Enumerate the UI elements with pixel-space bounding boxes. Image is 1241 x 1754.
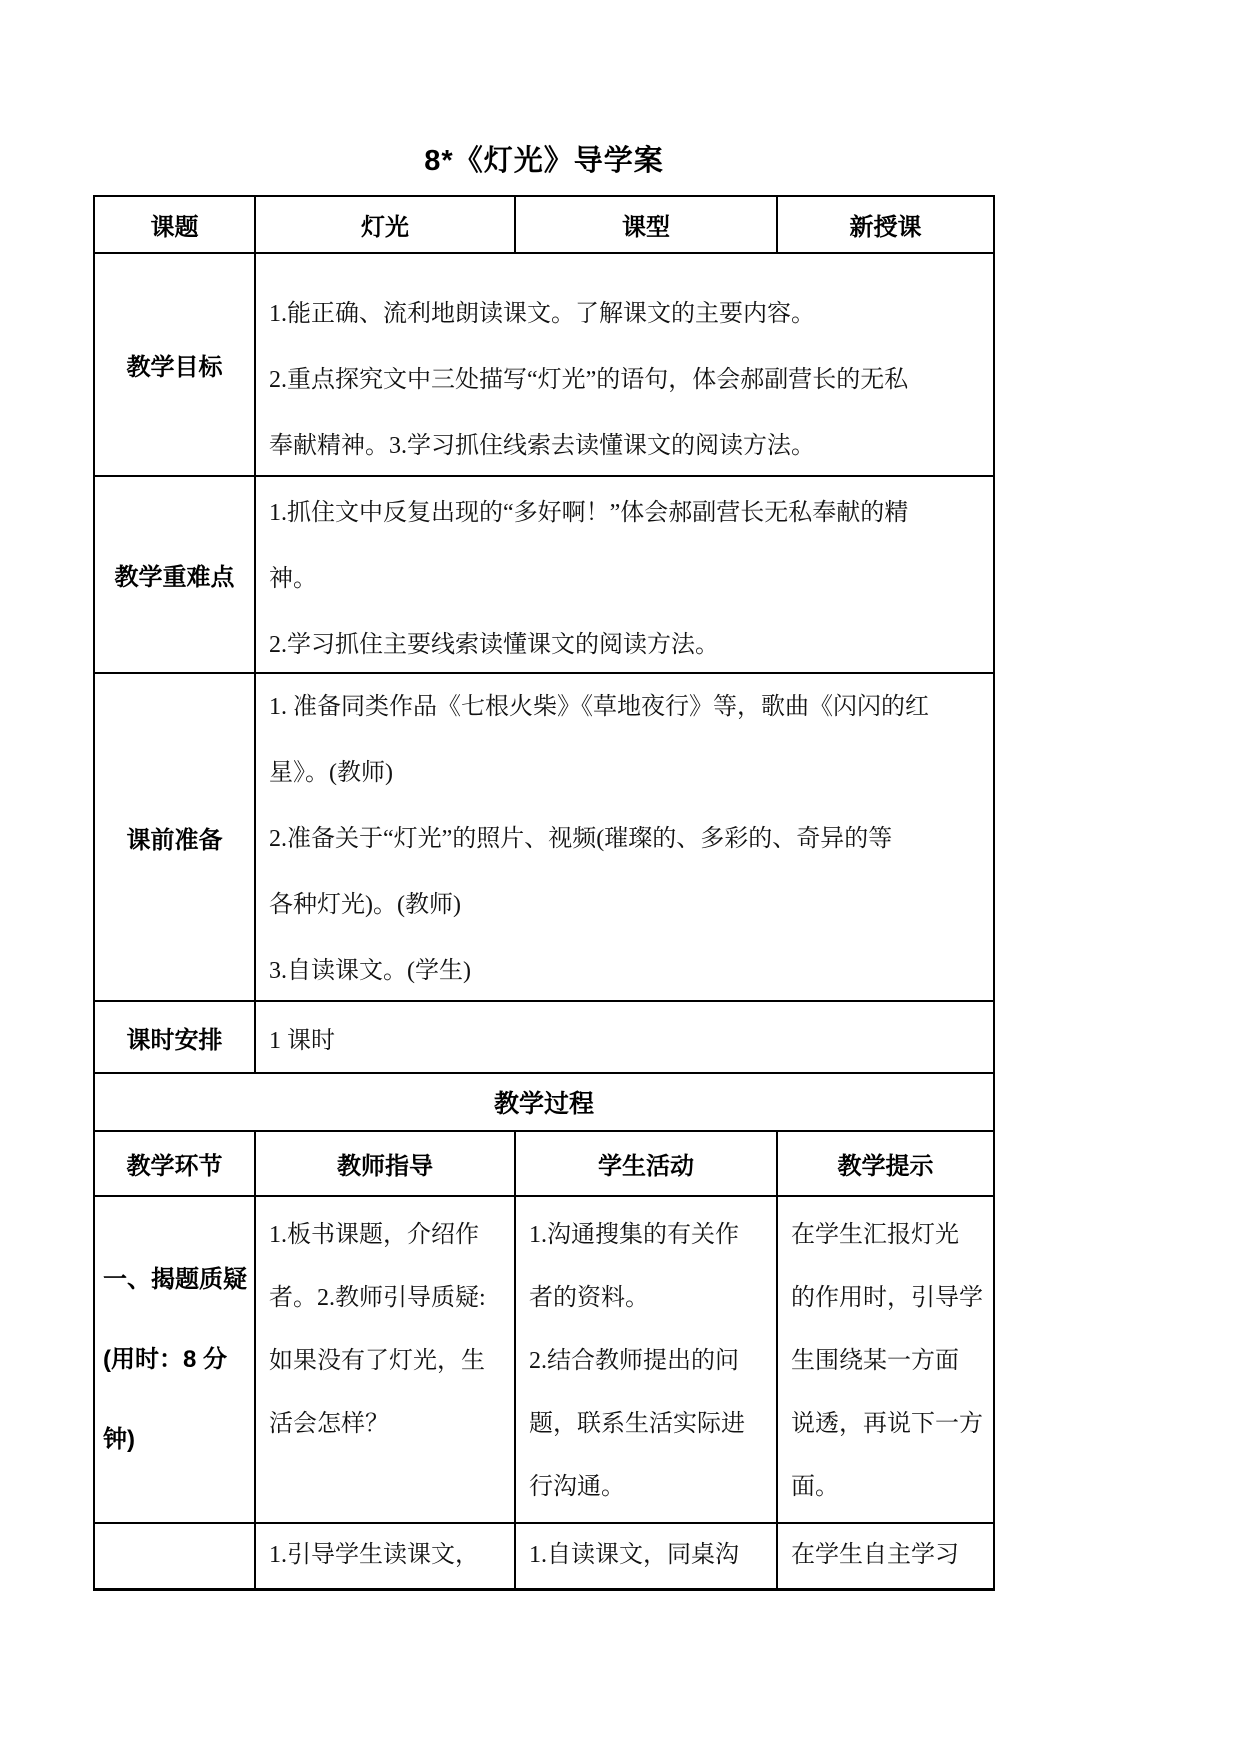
course-type-value-cell: 新授课	[778, 197, 993, 254]
schedule-label: 课时安排	[95, 1002, 256, 1074]
text-line: 1.能正确、流利地朗读课文。了解课文的主要内容。	[269, 281, 985, 347]
text-line: 钟)	[103, 1400, 135, 1480]
text-line: 1 课时	[269, 1020, 985, 1055]
lesson-plan-table: 课题 灯光 课型 新授课 教学目标 1.能正确、流利地朗读课文。了解课文的主要内…	[93, 195, 995, 1591]
document-page: 8*《灯光》导学案 课题 灯光 课型 新授课 教学目标 1.能正确、流利地朗读课…	[0, 0, 1241, 1754]
text-line: 在学生汇报灯光	[791, 1204, 985, 1267]
text-line: (用时：8 分	[103, 1320, 227, 1400]
key-points-row: 教学重难点 1.抓住文中反复出现的“多好啊！”体会郝副营长无私奉献的精 神。 2…	[95, 477, 993, 674]
schedule-row: 课时安排 1 课时	[95, 1002, 993, 1074]
teaching-tips-cell: 在学生自主学习	[778, 1524, 993, 1588]
text-line: 1.自读课文，同桌沟	[529, 1524, 768, 1587]
topic-value-cell: 灯光	[256, 197, 516, 254]
course-type-label-cell: 课型	[516, 197, 778, 254]
text-line: 2.结合教师提出的问	[529, 1330, 768, 1393]
text-line: 星》。(教师)	[269, 740, 985, 806]
topic-row: 课题 灯光 课型 新授课	[95, 197, 993, 254]
stage-cell	[95, 1524, 256, 1588]
teacher-guidance-cell: 1.引导学生读课文，	[256, 1524, 516, 1588]
text-line: 题，联系生活实际进	[529, 1393, 768, 1456]
key-points-content: 1.抓住文中反复出现的“多好啊！”体会郝副营长无私奉献的精 神。 2.学习抓住主…	[256, 477, 993, 674]
text-line: 在学生自主学习	[791, 1524, 985, 1587]
text-line: 奉献精神。3.学习抓住线索去读懂课文的阅读方法。	[269, 413, 985, 477]
text-line: 说透，再说下一方	[791, 1393, 985, 1456]
text-line: 1.板书课题，介绍作	[269, 1204, 506, 1267]
teacher-guidance-cell: 1.板书课题，介绍作 者。2.教师引导质疑: 如果没有了灯光，生 活会怎样？	[256, 1197, 516, 1524]
schedule-content: 1 课时	[256, 1002, 993, 1074]
teaching-goals-row: 教学目标 1.能正确、流利地朗读课文。了解课文的主要内容。 2.重点探究文中三处…	[95, 254, 993, 477]
text-line: 各种灯光)。(教师)	[269, 872, 985, 938]
text-line: 3.自读课文。(学生)	[269, 938, 985, 1002]
student-header-cell: 学生活动	[516, 1132, 778, 1197]
preparation-content: 1. 准备同类作品《七根火柴》《草地夜行》等，歌曲《闪闪的红 星》。(教师) 2…	[256, 674, 993, 1002]
teaching-tips-cell: 在学生汇报灯光 的作用时，引导学 生围绕某一方面 说透，再说下一方 面。	[778, 1197, 993, 1524]
text-line: 1.沟通搜集的有关作	[529, 1204, 768, 1267]
text-line: 生围绕某一方面	[791, 1330, 985, 1393]
teaching-goals-content: 1.能正确、流利地朗读课文。了解课文的主要内容。 2.重点探究文中三处描写“灯光…	[256, 254, 993, 477]
process-banner-row: 教学过程	[95, 1074, 993, 1132]
process-header-row: 教学环节 教师指导 学生活动 教学提示	[95, 1132, 993, 1197]
process-row-2: 1.引导学生读课文， 1.自读课文，同桌沟 在学生自主学习	[95, 1524, 993, 1588]
text-line: 2.学习抓住主要线索读懂课文的阅读方法。	[269, 612, 985, 674]
text-line: 者。2.教师引导质疑:	[269, 1267, 506, 1330]
student-activity-cell: 1.自读课文，同桌沟	[516, 1524, 778, 1588]
text-line: 行沟通。	[529, 1456, 768, 1519]
process-banner: 教学过程	[95, 1074, 993, 1132]
text-line: 如果没有了灯光，生	[269, 1330, 506, 1393]
preparation-label: 课前准备	[95, 674, 256, 1002]
text-line: 者的资料。	[529, 1267, 768, 1330]
text-line: 的作用时，引导学	[791, 1267, 985, 1330]
page-title: 8*《灯光》导学案	[93, 138, 995, 179]
text-line: 2.准备关于“灯光”的照片、视频(璀璨的、多彩的、奇异的等	[269, 806, 985, 872]
text-line: 1.抓住文中反复出现的“多好啊！”体会郝副营长无私奉献的精	[269, 480, 985, 546]
text-line: 2.重点探究文中三处描写“灯光”的语句，体会郝副营长的无私	[269, 347, 985, 413]
process-row-1: 一、揭题质疑 (用时：8 分 钟) 1.板书课题，介绍作 者。2.教师引导质疑:…	[95, 1197, 993, 1524]
text-line: 一、揭题质疑	[103, 1240, 247, 1320]
text-line: 面。	[791, 1456, 985, 1519]
text-line: 活会怎样？	[269, 1393, 506, 1456]
text-line: 神。	[269, 546, 985, 612]
text-line: 1.引导学生读课文，	[269, 1524, 506, 1587]
key-points-label: 教学重难点	[95, 477, 256, 674]
text-line: 1. 准备同类作品《七根火柴》《草地夜行》等，歌曲《闪闪的红	[269, 674, 985, 740]
student-activity-cell: 1.沟通搜集的有关作 者的资料。 2.结合教师提出的问 题，联系生活实际进 行沟…	[516, 1197, 778, 1524]
topic-label-cell: 课题	[95, 197, 256, 254]
teacher-header-cell: 教师指导	[256, 1132, 516, 1197]
teaching-goals-label: 教学目标	[95, 254, 256, 477]
stage-cell: 一、揭题质疑 (用时：8 分 钟)	[95, 1197, 256, 1524]
tips-header-cell: 教学提示	[778, 1132, 993, 1197]
stage-header-cell: 教学环节	[95, 1132, 256, 1197]
preparation-row: 课前准备 1. 准备同类作品《七根火柴》《草地夜行》等，歌曲《闪闪的红 星》。(…	[95, 674, 993, 1002]
